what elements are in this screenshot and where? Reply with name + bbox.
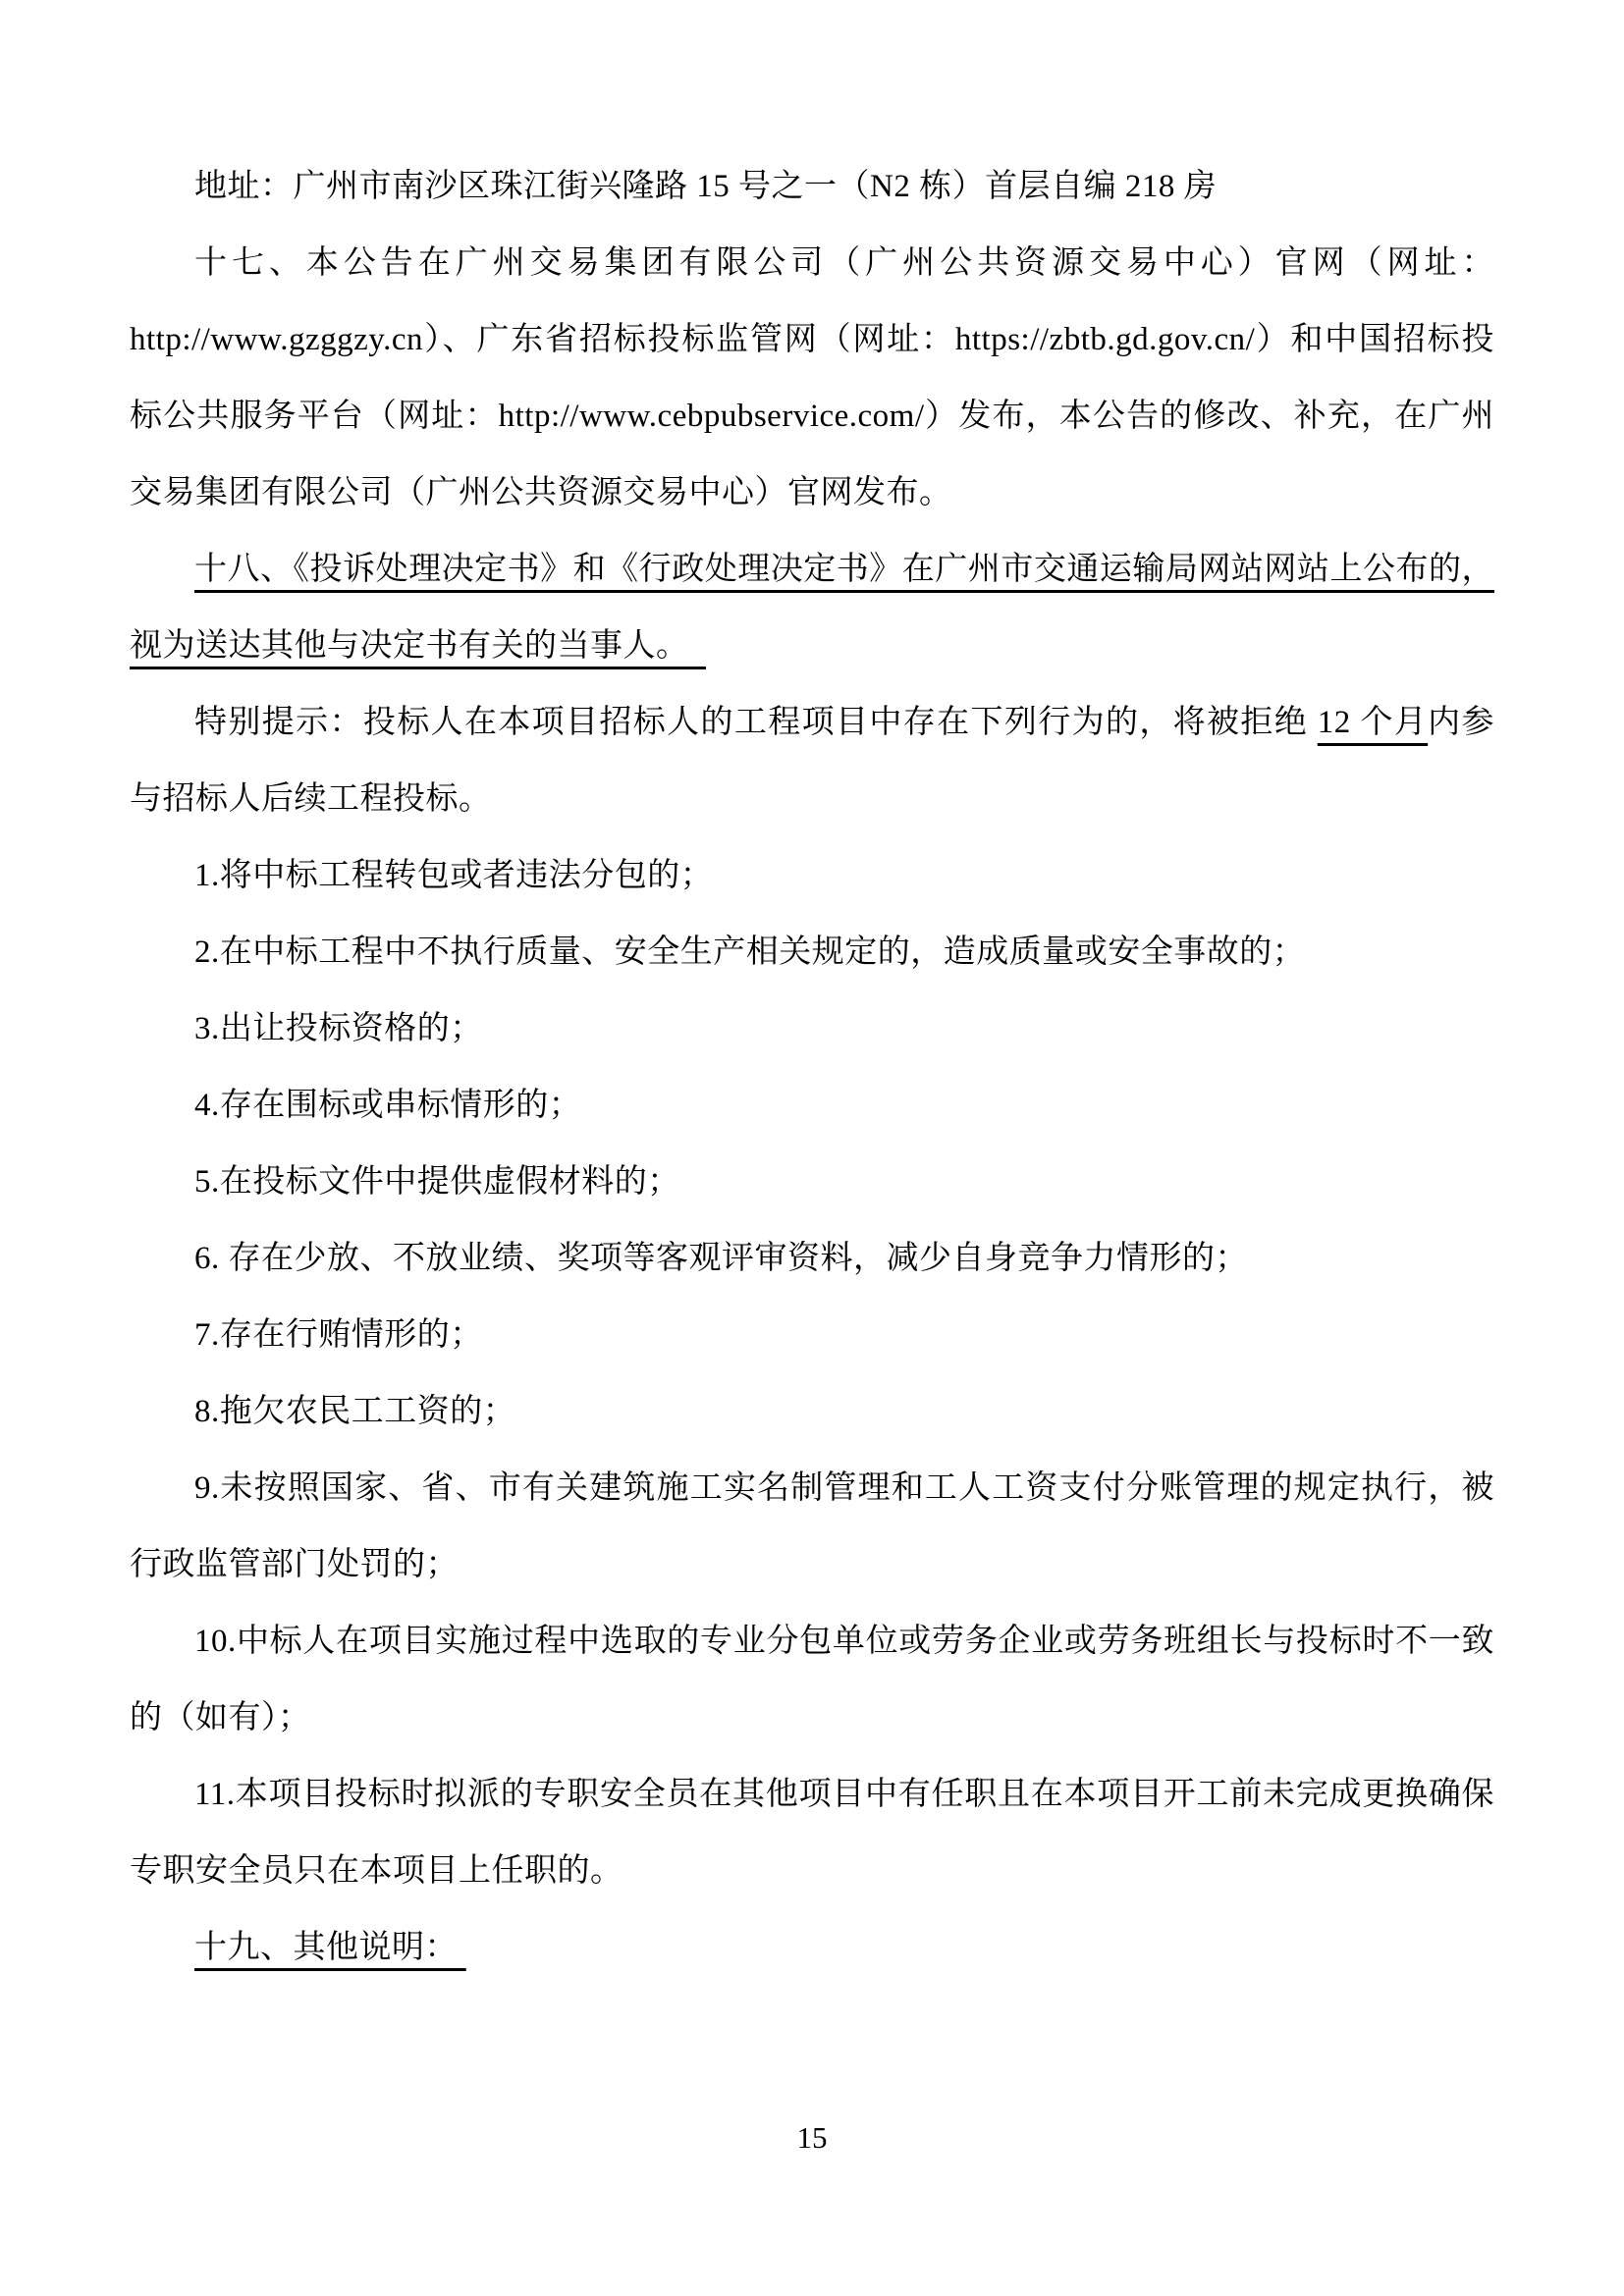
paragraph-item-17: 十七、本公告在广州交易集团有限公司（广州公共资源交易中心）官网（网址：http:… — [130, 225, 1494, 531]
text-run: 7.存在行贿情形的； — [194, 1317, 483, 1353]
paragraph-item-9: 9.未按照国家、省、市有关建筑施工实名制管理和工人工资支付分账管理的规定执行，被… — [130, 1450, 1494, 1603]
text-run: 2.在中标工程中不执行质量、安全生产相关规定的，造成质量或安全事故的； — [194, 934, 1305, 970]
paragraph-item-6: 6. 存在少放、不放业绩、奖项等客观评审资料，减少自身竞争力情形的； — [130, 1220, 1494, 1297]
paragraph-item-10: 10.中标人在项目实施过程中选取的专业分包单位或劳务企业或劳务班组长与投标时不一… — [130, 1603, 1494, 1756]
text-run: 8.拖欠农民工工资的； — [194, 1394, 515, 1429]
paragraph-item-8: 8.拖欠农民工工资的； — [130, 1373, 1494, 1450]
text-run: 1.将中标工程转包或者违法分包的； — [194, 858, 713, 893]
paragraph-special-note: 特别提示：投标人在本项目招标人的工程项目中存在下列行为的，将被拒绝 12 个月内… — [130, 684, 1494, 837]
underlined-text-run: 12 个月 — [1318, 705, 1428, 740]
text-run: 5.在投标文件中提供虚假材料的； — [194, 1164, 680, 1200]
paragraph-item-7: 7.存在行贿情形的； — [130, 1297, 1494, 1373]
document-page: 地址：广州市南沙区珠江街兴隆路 15 号之一（N2 栋）首层自编 218 房十七… — [0, 0, 1624, 2296]
underlined-text-run: 十八、《投诉处理决定书》和《行政处理决定书》在广州市交通运输局网站网站上公布的，… — [130, 552, 1494, 664]
paragraph-item-1: 1.将中标工程转包或者违法分包的； — [130, 837, 1494, 914]
text-run: 9.未按照国家、省、市有关建筑施工实名制管理和工人工资支付分账管理的规定执行，被… — [130, 1470, 1494, 1582]
text-run: 3.出让投标资格的； — [194, 1011, 483, 1046]
paragraph-item-19: 十九、其他说明： — [130, 1909, 1494, 1986]
paragraph-address: 地址：广州市南沙区珠江街兴隆路 15 号之一（N2 栋）首层自编 218 房 — [130, 148, 1494, 225]
paragraph-item-18: 十八、《投诉处理决定书》和《行政处理决定书》在广州市交通运输局网站网站上公布的，… — [130, 531, 1494, 684]
text-run: 4.存在围标或串标情形的； — [194, 1088, 581, 1123]
document-body: 地址：广州市南沙区珠江街兴隆路 15 号之一（N2 栋）首层自编 218 房十七… — [130, 0, 1494, 1986]
paragraph-item-4: 4.存在围标或串标情形的； — [130, 1067, 1494, 1144]
underlined-text-run: 十九、其他说明： — [194, 1930, 466, 1965]
paragraph-item-5: 5.在投标文件中提供虚假材料的； — [130, 1144, 1494, 1220]
page-number: 15 — [0, 2118, 1624, 2158]
text-run: 十七、本公告在广州交易集团有限公司（广州公共资源交易中心）官网（网址：http:… — [130, 245, 1494, 510]
text-run: 地址：广州市南沙区珠江街兴隆路 15 号之一（N2 栋）首层自编 218 房 — [194, 169, 1217, 204]
paragraph-item-2: 2.在中标工程中不执行质量、安全生产相关规定的，造成质量或安全事故的； — [130, 914, 1494, 990]
text-run: 10.中标人在项目实施过程中选取的专业分包单位或劳务企业或劳务班组长与投标时不一… — [130, 1624, 1494, 1735]
text-run: 11.本项目投标时拟派的专职安全员在其他项目中有任职且在本项目开工前未完成更换确… — [130, 1777, 1494, 1889]
paragraph-item-11: 11.本项目投标时拟派的专职安全员在其他项目中有任职且在本项目开工前未完成更换确… — [130, 1756, 1494, 1909]
paragraph-item-3: 3.出让投标资格的； — [130, 990, 1494, 1067]
text-run: 6. 存在少放、不放业绩、奖项等客观评审资料，减少自身竞争力情形的； — [194, 1241, 1248, 1276]
text-run: 特别提示：投标人在本项目招标人的工程项目中存在下列行为的，将被拒绝 — [194, 705, 1318, 740]
